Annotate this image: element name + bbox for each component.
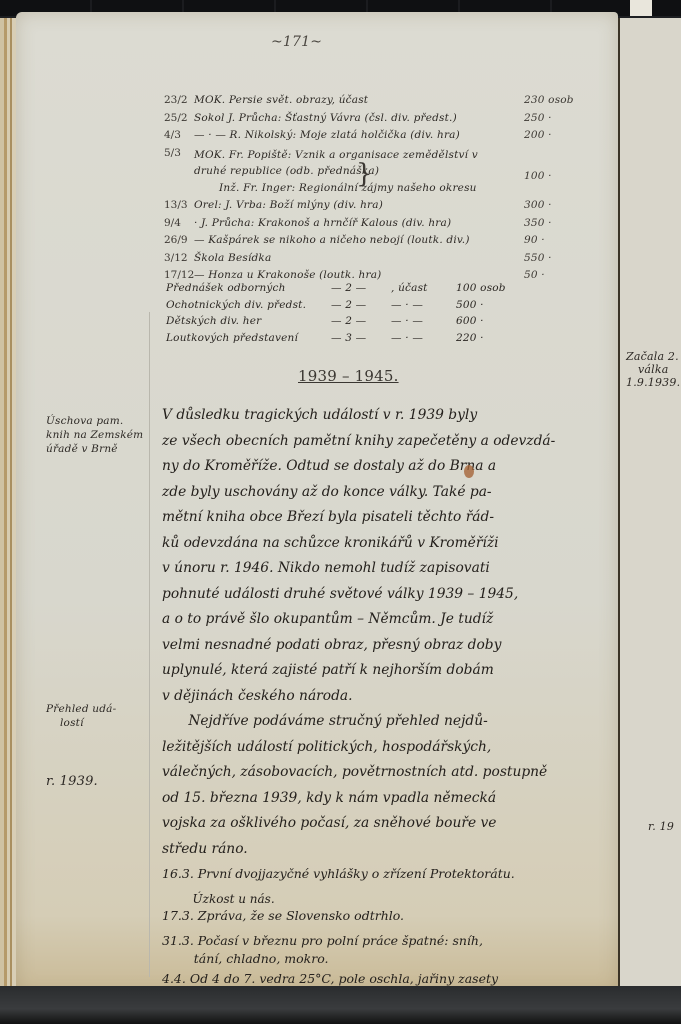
text-line: od 15. března 1939, kdy k nám vpadla něm… [162, 790, 602, 816]
summary-unit: , účast [391, 282, 428, 294]
summary-amount: 100 osob [456, 282, 506, 294]
page-number: ~171~ [271, 34, 322, 50]
summary-count: — 2 — [331, 299, 366, 311]
entry-text: — Honza u Krakonoše (loutk. hra) [194, 269, 381, 281]
text-line: V důsledku tragických událostí v r. 1939… [162, 407, 602, 433]
text-line: velmi nesnadné podati obraz, přesný obra… [162, 637, 602, 663]
entry-date: 17/12 [164, 269, 190, 281]
text-line: uplynulé, která zajisté patří k nejhorší… [162, 662, 602, 688]
list-item: 3/12Škola Besídka550 · [164, 252, 584, 270]
entry-amount: 550 · [524, 252, 552, 264]
list-item: 23/2MOK. Persie svět. obrazy, účast230 o… [164, 94, 584, 112]
summary-label: Dětských div. her [166, 315, 261, 327]
entry-amount: 300 · [524, 199, 552, 211]
summary-label: Loutkových představení [166, 332, 298, 344]
text-line: v únoru r. 1946. Nikdo nemohl tudíž zapi… [162, 560, 602, 586]
scanner-bottom-edge [0, 986, 681, 1024]
entry-text: — Kašpárek se nikoho a ničeho nebojí (lo… [194, 234, 470, 246]
chronicle-page: ~171~ 23/2MOK. Persie svět. obrazy, účas… [16, 12, 618, 994]
performance-list: 23/2MOK. Persie svět. obrazy, účast230 o… [164, 94, 584, 287]
list-item: 5/3MOK. Fr. Popiště: Vznik a organisace … [164, 147, 584, 182]
side-note-line: Začala 2. [626, 350, 680, 363]
text-line: ny do Kroměříže. Odtud se dostaly až do … [162, 458, 602, 484]
list-item: 9/4· J. Průcha: Krakonoš a hrnčíř Kalous… [164, 217, 584, 235]
summary-unit: — · — [391, 332, 423, 344]
margin-rule [149, 312, 150, 977]
text-line: 16.3. První dvojjazyčné vyhlášky o zříze… [162, 866, 602, 892]
adjacent-page-note: Začala 2. válka 1.9.1939. [626, 350, 680, 389]
body-text: V důsledku tragických událostí v r. 1939… [162, 407, 602, 997]
summary-row: Ochotnických div. předst.— 2 —— · —500 · [166, 299, 586, 316]
margin-note-line: Úschova pam. [46, 414, 143, 428]
list-item: 25/2Sokol J. Průcha: Šťastný Vávra (čsl.… [164, 112, 584, 130]
side-note-line: 1.9.1939. [626, 376, 680, 389]
side-note-line: válka [626, 363, 680, 376]
entry-amount: 350 · [524, 217, 552, 229]
margin-note-line: úřadě v Brně [46, 442, 143, 456]
text-line: ze všech obecních pamětní knihy zapečetě… [162, 433, 602, 459]
entry-date: 25/2 [164, 112, 190, 124]
margin-note-year: r. 1939. [46, 775, 98, 789]
text-line: ležitějších událostí politických, hospod… [162, 739, 602, 765]
entry-date: 9/4 [164, 217, 190, 229]
entry-date: 26/9 [164, 234, 190, 246]
text-line: 31.3. Počasí v březnu pro polní práce šp… [162, 933, 602, 951]
summary-row: Loutkových představení— 3 —— · —220 · [166, 332, 586, 349]
list-item: 13/3Orel: J. Vrba: Boží mlýny (div. hra)… [164, 199, 584, 217]
text-line: tání, chladno, mokro. [162, 951, 602, 971]
text-line: a o to právě šlo okupantům – Němcům. Je … [162, 611, 602, 637]
entry-text: — · — R. Nikolský: Moje zlatá holčička (… [194, 129, 460, 141]
text-line: 17.3. Zpráva, že se Slovensko odtrhlo. [162, 908, 602, 934]
entry-date: 3/12 [164, 252, 190, 264]
entry-amount: 50 · [524, 269, 545, 281]
list-item: 26/9— Kašpárek se nikoho a ničeho nebojí… [164, 234, 584, 252]
text-line: středu ráno. [162, 841, 602, 867]
entry-amount: 200 · [524, 129, 552, 141]
summary-count: — 2 — [331, 315, 366, 327]
summary-amount: 220 · [456, 332, 484, 344]
text-line: ků odevzdána na schůzce kronikářů v Krom… [162, 535, 602, 561]
list-item: 4/3— · — R. Nikolský: Moje zlatá holčičk… [164, 129, 584, 147]
margin-note-line: Přehled udá- [46, 702, 116, 716]
summary-amount: 600 · [456, 315, 484, 327]
entry-amount: 250 · [524, 112, 552, 124]
entry-text: · J. Průcha: Krakonoš a hrnčíř Kalous (d… [194, 217, 451, 229]
margin-note-overview: Přehled udá- lostí [46, 702, 116, 730]
summary-table: Přednášek odborných— 2 —, účast100 osob … [166, 282, 586, 348]
entry-date: 5/3 [164, 147, 190, 159]
text-line: Úzkost u nás. [162, 892, 602, 908]
summary-unit: — · — [391, 299, 423, 311]
summary-label: Přednášek odborných [166, 282, 286, 294]
entry-text: MOK. Fr. Popiště: Vznik a organisace zem… [194, 147, 494, 179]
summary-amount: 500 · [456, 299, 484, 311]
entry-text: Škola Besídka [194, 252, 271, 264]
summary-row: Přednášek odborných— 2 —, účast100 osob [166, 282, 586, 299]
paper-tab [630, 0, 652, 16]
entry-date: 4/3 [164, 129, 190, 141]
margin-note-archive: Úschova pam. knih na Zemském úřadě v Brn… [46, 414, 143, 456]
margin-note-line: lostí [46, 716, 116, 730]
brace-mark: } [356, 159, 373, 189]
entry-amount: 100 · [524, 170, 552, 182]
adjacent-page [618, 18, 681, 993]
entry-text: MOK. Persie svět. obrazy, účast [194, 94, 368, 106]
entry-text: Inž. Fr. Inger: Regionální zájmy našeho … [219, 182, 477, 194]
text-line: Nejdříve podáváme stručný přehled nejdů- [162, 713, 602, 739]
text-line: mětní kniha obce Březí byla pisateli těc… [162, 509, 602, 535]
summary-count: — 2 — [331, 282, 366, 294]
adjacent-page-note: r. 19 [648, 820, 674, 833]
ink-stain [464, 465, 474, 478]
text-line: zde byly uschovány až do konce války. Ta… [162, 484, 602, 510]
entry-amount: 230 osob [524, 94, 574, 106]
text-line: pohnuté události druhé světové války 193… [162, 586, 602, 612]
summary-count: — 3 — [331, 332, 366, 344]
text-line: válečných, zásobovacích, povětrnostních … [162, 764, 602, 790]
list-item: Inž. Fr. Inger: Regionální zájmy našeho … [164, 182, 584, 200]
summary-unit: — · — [391, 315, 423, 327]
margin-note-line: knih na Zemském [46, 428, 143, 442]
summary-row: Dětských div. her— 2 —— · —600 · [166, 315, 586, 332]
text-line: v dějinách českého národa. [162, 688, 602, 714]
text-line: vojska za ošklivého počasí, za sněhové b… [162, 815, 602, 841]
summary-label: Ochotnických div. předst. [166, 299, 306, 311]
entry-date: 23/2 [164, 94, 190, 106]
entry-text: Sokol J. Průcha: Šťastný Vávra (čsl. div… [194, 112, 457, 124]
section-heading: 1939 – 1945. [298, 367, 399, 385]
entry-date: 13/3 [164, 199, 190, 211]
entry-text: Orel: J. Vrba: Boží mlýny (div. hra) [194, 199, 383, 211]
entry-amount: 90 · [524, 234, 545, 246]
